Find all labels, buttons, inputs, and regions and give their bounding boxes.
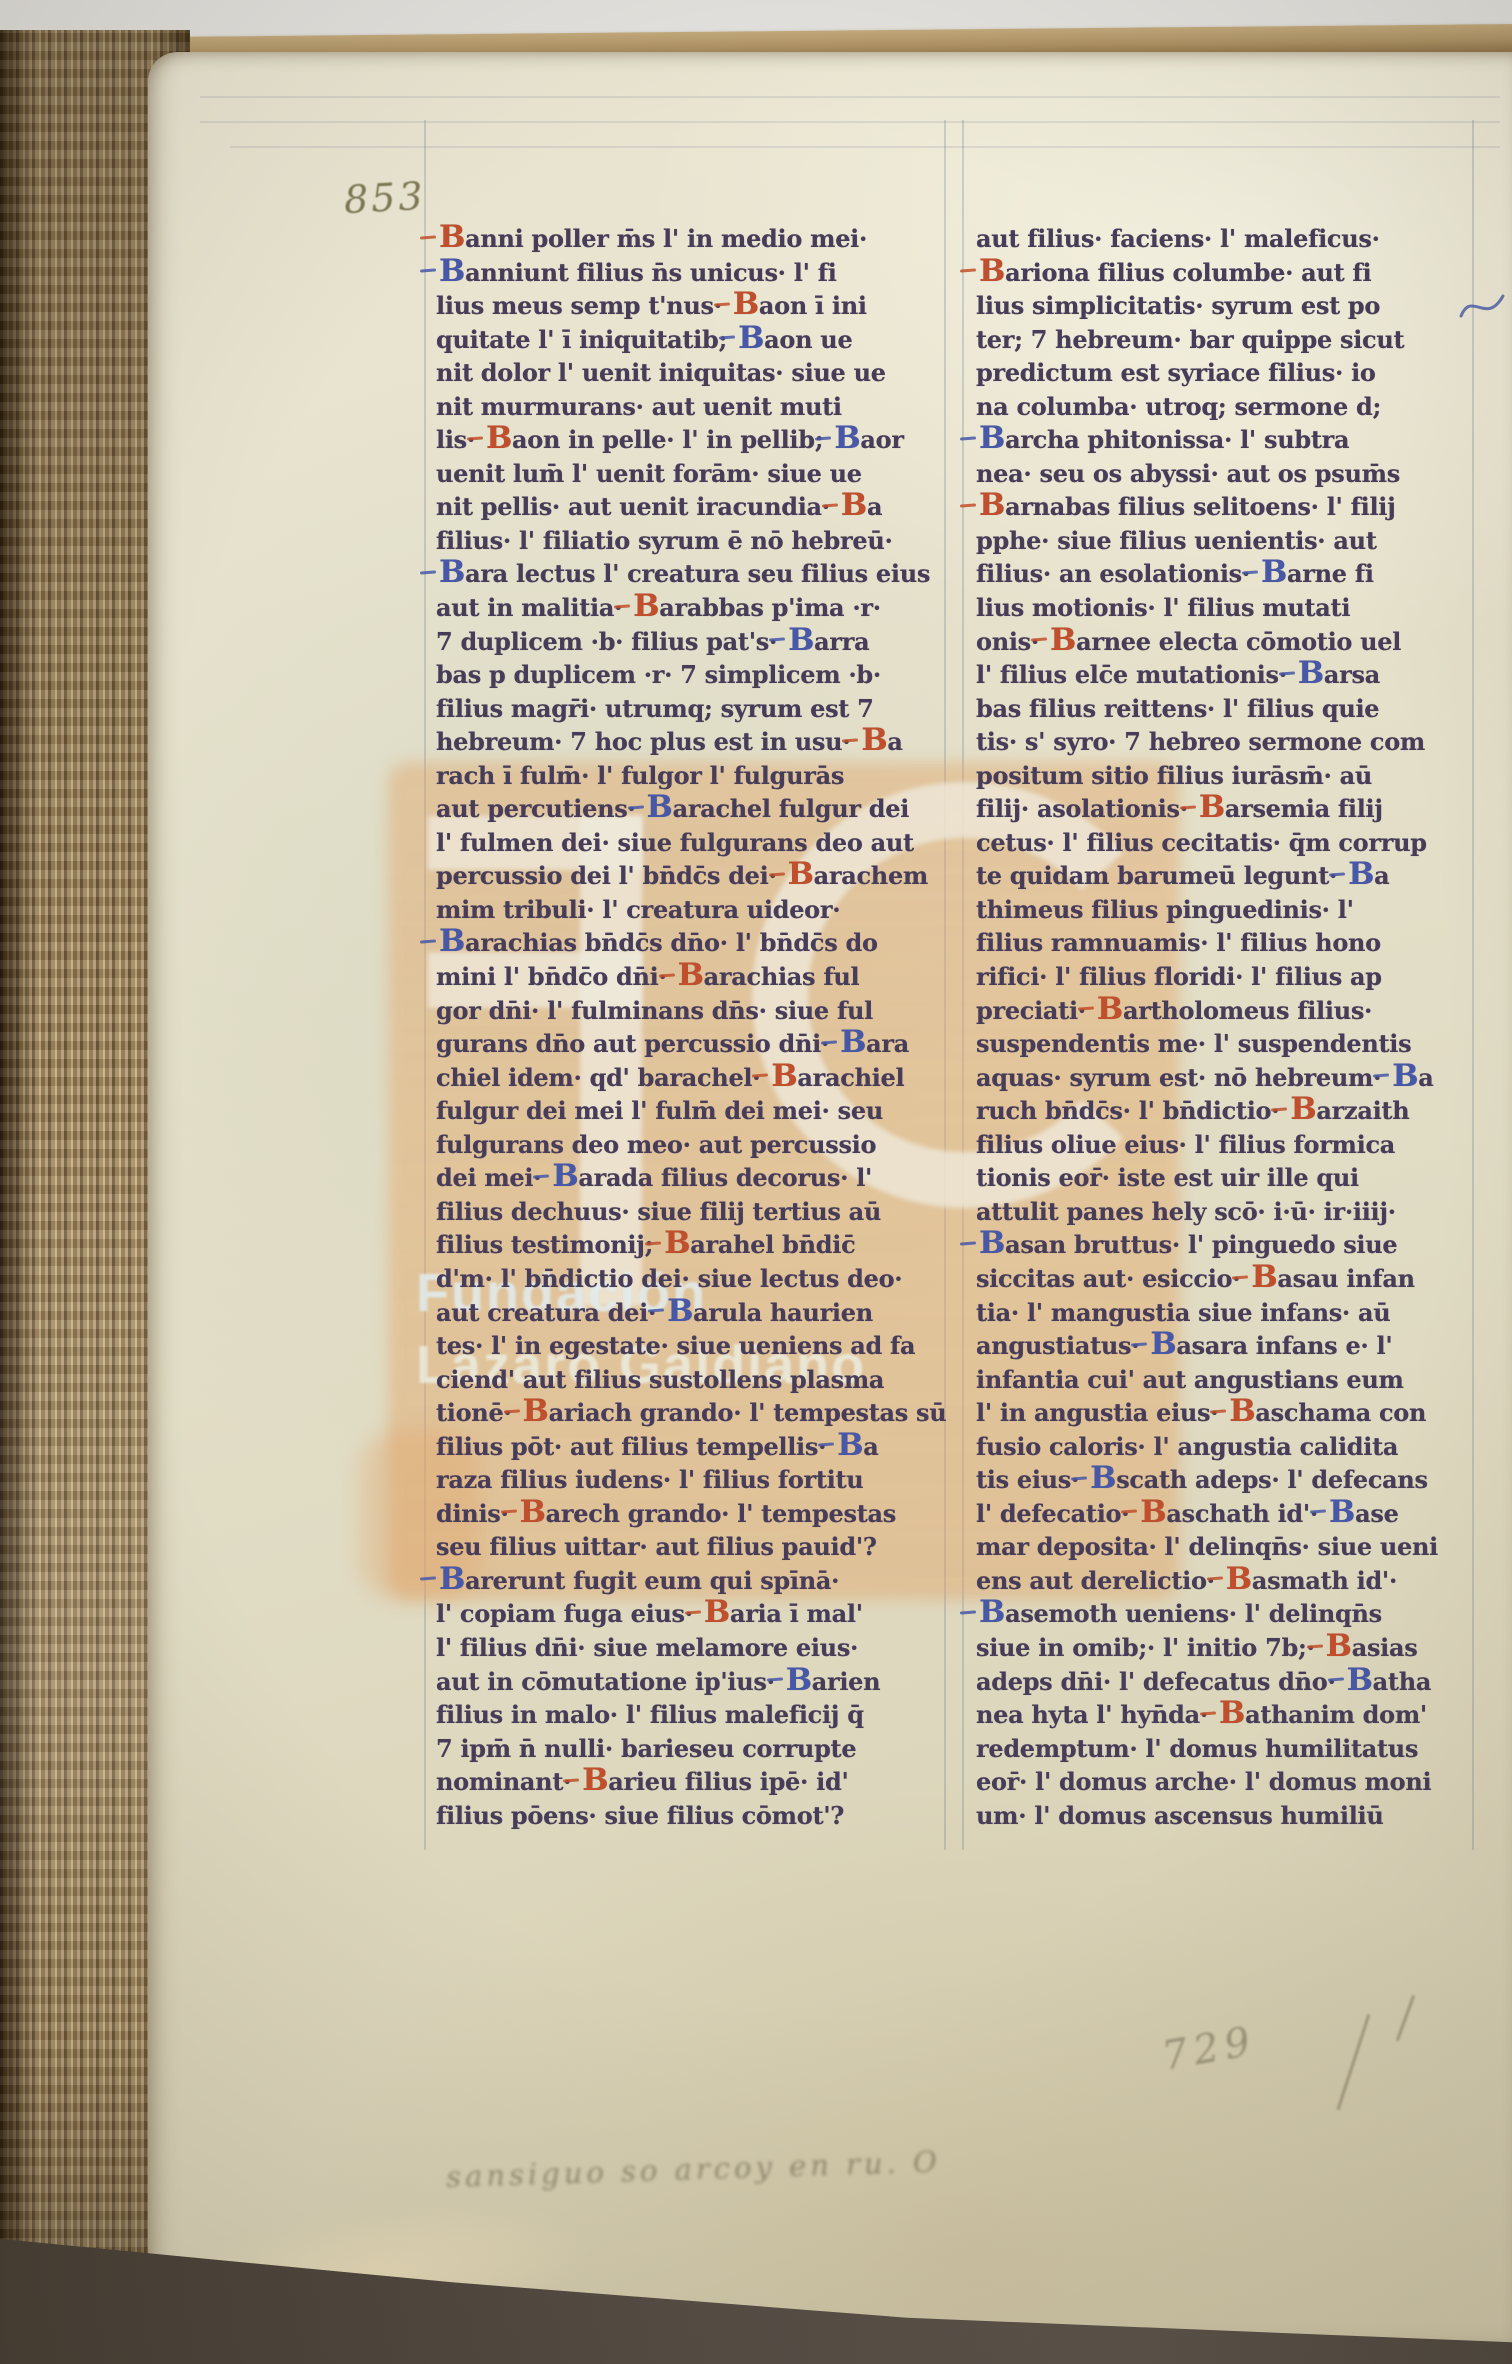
manuscript-line: onis· Barnee electa cōmotio uel xyxy=(976,625,1472,659)
manuscript-line: preciati· Bartholomeus filius· xyxy=(976,994,1472,1028)
manuscript-line: gor dn̄i· l' fulminans dn̄s· siue ful xyxy=(436,994,958,1028)
colored-initial: B xyxy=(630,588,659,624)
colored-initial: B xyxy=(834,1427,863,1463)
manuscript-line: l' copiam fuga eius· Baria ī mal' xyxy=(436,1597,958,1631)
manuscript-line: tionē· Bariach grando· l' tempestas sū xyxy=(436,1396,958,1430)
margin-pen-flourish xyxy=(1458,284,1506,330)
ruling-line-h xyxy=(230,146,1500,148)
manuscript-line: Bara lectus l' creatura seu filius eius xyxy=(436,557,958,591)
manuscript-line: infantia cui' aut angustians eum xyxy=(976,1363,1472,1397)
colored-initial: B xyxy=(976,253,1005,289)
colored-initial: B xyxy=(1216,1695,1245,1731)
manuscript-line: lis· Baon in pelle· l' in pellib; Baor xyxy=(436,423,958,457)
manuscript-line: uenit lum̄ l' uenit forām· siue ue xyxy=(436,457,958,491)
manuscript-line: Banniunt filius n̄s unicus· l' fi xyxy=(436,256,958,290)
manuscript-line: filius· an esolationis· Barne fi xyxy=(976,557,1472,591)
colored-initial: B xyxy=(664,1293,693,1329)
colored-initial: B xyxy=(976,1594,1005,1630)
manuscript-line: nit murmurans· aut uenit muti xyxy=(436,390,958,424)
manuscript-line: fusio caloris· l' angustia calidita xyxy=(976,1430,1472,1464)
manuscript-line: filius· l' filiatio syrum ē nō hebreū· xyxy=(436,524,958,558)
manuscript-line: tia· l' mangustia siue infans· aū xyxy=(976,1296,1472,1330)
manuscript-line: quitate l' ī iniquitatib; Baon ue xyxy=(436,323,958,357)
manuscript-line: 7 ipm̄ n̄ nulli· barieseu corrupte xyxy=(436,1732,958,1766)
manuscript-line: aut percutiens· Barachel fulgur dei xyxy=(436,792,958,826)
manuscript-line: bas p duplicem ·r· 7 simplicem ·b· xyxy=(436,658,958,692)
manuscript-line: mini l' bn̄dc̄o dn̄i· Barachias ful xyxy=(436,960,958,994)
manuscript-line: l' filius dn̄i· siue melamore eius· xyxy=(436,1631,958,1665)
colored-initial: B xyxy=(976,420,1005,456)
manuscript-line: rifici· l' filius floridi· l' filius ap xyxy=(976,960,1472,994)
manuscript-line: eor̄· l' domus arche· l' domus moni xyxy=(976,1765,1472,1799)
manuscript-line: attulit panes hely scō· i·ū· ir·iiij· xyxy=(976,1195,1472,1229)
manuscript-line: l' in angustia eius· Baschama con xyxy=(976,1396,1472,1430)
manuscript-line: lius simplicitatis· syrum est po xyxy=(976,289,1472,323)
manuscript-line: mim tribuli· l' creatura uideor· xyxy=(436,893,958,927)
colored-initial: B xyxy=(661,1225,690,1261)
colored-initial: B xyxy=(838,487,867,523)
colored-initial: B xyxy=(436,219,465,255)
manuscript-line: aut in cōmutatione ip'ius· Barien xyxy=(436,1665,958,1699)
colored-initial: B xyxy=(785,856,814,892)
colored-initial: B xyxy=(483,420,512,456)
colored-initial: B xyxy=(436,923,465,959)
text-column-left: Banni poller m̄s l' in medio mei·Banniun… xyxy=(436,222,958,1832)
colored-initial: B xyxy=(549,1158,578,1194)
manuscript-line: ruch bn̄dc̄s· l' bn̄dictio· Barzaith xyxy=(976,1094,1472,1128)
manuscript-line: um· l' domus ascensus humiliū xyxy=(976,1799,1472,1833)
manuscript-line: siccitas aut· esiccio· Basau infan xyxy=(976,1262,1472,1296)
manuscript-line: adeps dn̄i· l' defecatus dn̄o· Batha xyxy=(976,1665,1472,1699)
colored-initial: B xyxy=(1258,554,1287,590)
manuscript-line: Basan bruttus· l' pinguedo siue xyxy=(976,1228,1472,1262)
colored-initial: B xyxy=(858,722,887,758)
manuscript-line: pphe· siue filius uenientis· aut xyxy=(976,524,1472,558)
page-number: 853 xyxy=(343,174,427,222)
manuscript-line: fulgurans deo meo· aut percussio xyxy=(436,1128,958,1162)
colored-initial: B xyxy=(675,957,704,993)
manuscript-photo: Fundación Lázaro Galdiano 853 Banni poll… xyxy=(0,0,1512,2364)
colored-initial: B xyxy=(1248,1259,1277,1295)
colored-initial: B xyxy=(1047,622,1076,658)
colored-initial: B xyxy=(1287,1091,1316,1127)
colored-initial: B xyxy=(730,286,759,322)
colored-initial: B xyxy=(436,554,465,590)
manuscript-line: filius pōt· aut filius tempellis· Ba xyxy=(436,1430,958,1464)
manuscript-line: aquas· syrum est· nō hebreum· Ba xyxy=(976,1061,1472,1095)
manuscript-line: hebreum· 7 hoc plus est in usu· Ba xyxy=(436,725,958,759)
manuscript-line: nea hyta l' hyn̄da· Bathanim dom' xyxy=(976,1698,1472,1732)
manuscript-line: nominant· Barieu filius ipē· id' xyxy=(436,1765,958,1799)
colored-initial: B xyxy=(1196,789,1225,825)
colored-initial: B xyxy=(735,320,764,356)
manuscript-line: filius testimonij; Barahel bn̄dic̄ xyxy=(436,1228,958,1262)
manuscript-line: ter; 7 hebreum· bar quippe sicut xyxy=(976,323,1472,357)
manuscript-line: Barnabas filius selitoens· l' filij xyxy=(976,490,1472,524)
colored-initial: B xyxy=(436,1561,465,1597)
manuscript-line: filius dechuus· siue filij tertius aū xyxy=(436,1195,958,1229)
manuscript-line: ens aut derelictio· Basmath id'· xyxy=(976,1564,1472,1598)
manuscript-line: Banni poller m̄s l' in medio mei· xyxy=(436,222,958,256)
manuscript-line: nea· seu os abyssi· aut os psum̄s xyxy=(976,457,1472,491)
colored-initial: B xyxy=(520,1393,549,1429)
manuscript-line: seu filius uittar· aut filius pauid'? xyxy=(436,1530,958,1564)
manuscript-line: filij· asolationis· Barsemia filij xyxy=(976,792,1472,826)
manuscript-line: rach ī fulm̄· l' fulgor l' fulgurās xyxy=(436,759,958,793)
colored-initial: B xyxy=(1326,1494,1355,1530)
manuscript-line: gurans dn̄o aut percussio dn̄i· Bara xyxy=(436,1027,958,1061)
manuscript-line: percussio dei l' bn̄dc̄s dei· Barachem xyxy=(436,859,958,893)
ruling-line-h xyxy=(200,96,1500,98)
manuscript-line: aut filius· faciens· l' maleficus· xyxy=(976,222,1472,256)
colored-initial: B xyxy=(1323,1628,1352,1664)
colored-initial: B xyxy=(1226,1393,1255,1429)
manuscript-line: nit dolor l' uenit iniquitas· siue ue xyxy=(436,356,958,390)
manuscript-line: l' defecatio· Baschath id'· Base xyxy=(976,1497,1472,1531)
manuscript-line: siue in omib;· l' initio 7b;· Basias xyxy=(976,1631,1472,1665)
manuscript-line: nit pellis· aut uenit iracundia· Ba xyxy=(436,490,958,524)
colored-initial: B xyxy=(1137,1494,1166,1530)
manuscript-line: tes· l' in egestate· siue ueniens ad fa xyxy=(436,1329,958,1363)
manuscript-line: bas filius reittens· l' filius quie xyxy=(976,692,1472,726)
manuscript-line: lius motionis· l' filius mutati xyxy=(976,591,1472,625)
manuscript-line: tis eius· Bscath adeps· l' defecans xyxy=(976,1463,1472,1497)
manuscript-line: filius in malo· l' filius maleficij q̄ xyxy=(436,1698,958,1732)
manuscript-line: Barcha phitonissa· l' subtra xyxy=(976,423,1472,457)
manuscript-line: te quidam barumeū legunt· Ba xyxy=(976,859,1472,893)
manuscript-line: l' filius elc̄e mutationis· Barsa xyxy=(976,658,1472,692)
manuscript-line: Bariona filius columbe· aut fi xyxy=(976,256,1472,290)
colored-initial: B xyxy=(436,253,465,289)
manuscript-line: positum sitio filius iurāsm̄· aū xyxy=(976,759,1472,793)
manuscript-line: dei mei· Barada filius decorus· l' xyxy=(436,1161,958,1195)
ruling-line-v xyxy=(1472,120,1474,1850)
colored-initial: B xyxy=(976,1225,1005,1261)
colored-initial: B xyxy=(783,1662,812,1698)
manuscript-line: lius meus semp t'nus· Baon ī ini xyxy=(436,289,958,323)
manuscript-line: filius oliue eius· l' filius formica xyxy=(976,1128,1472,1162)
manuscript-line: Barerunt fugit eum qui spīnā· xyxy=(436,1564,958,1598)
manuscript-line: fulgur dei mei l' fulm̄ dei mei· seu xyxy=(436,1094,958,1128)
manuscript-line: angustiatus· Basara infans e· l' xyxy=(976,1329,1472,1363)
manuscript-line: Barachias bn̄dc̄s dn̄o· l' bn̄dc̄s do xyxy=(436,926,958,960)
manuscript-line: chiel idem· qd' barachel· Barachiel xyxy=(436,1061,958,1095)
colored-initial: B xyxy=(644,789,673,825)
manuscript-line: d'm· l' bn̄dictio dei· siue lectus deo· xyxy=(436,1262,958,1296)
colored-initial: B xyxy=(1295,655,1324,691)
manuscript-line: filius pōens· siue filius cōmot'? xyxy=(436,1799,958,1833)
ruling-line-h xyxy=(200,121,1500,123)
colored-initial: B xyxy=(976,487,1005,523)
manuscript-line: mar deposita· l' delinqn̄s· siue ueni xyxy=(976,1530,1472,1564)
manuscript-line: thimeus filius pinguedinis· l' xyxy=(976,893,1472,927)
colored-initial: B xyxy=(768,1058,797,1094)
colored-initial: B xyxy=(517,1494,546,1530)
manuscript-line: predictum est syriace filius· io xyxy=(976,356,1472,390)
colored-initial: B xyxy=(579,1762,608,1798)
manuscript-line: aut in malitia· Barabbas p'ima ·r· xyxy=(436,591,958,625)
text-column-right: aut filius· faciens· l' maleficus·Barion… xyxy=(976,222,1472,1832)
colored-initial: B xyxy=(837,1024,866,1060)
colored-initial: B xyxy=(1094,991,1123,1027)
manuscript-line: na columba· utroq; sermone d; xyxy=(976,390,1472,424)
colored-initial: B xyxy=(831,420,860,456)
colored-initial: B xyxy=(785,622,814,658)
colored-initial: B xyxy=(1345,856,1374,892)
manuscript-line: filius ramnuamis· l' filius hono xyxy=(976,926,1472,960)
colored-initial: B xyxy=(1087,1460,1116,1496)
manuscript-line: 7 duplicem ·b· filius pat's· Barra xyxy=(436,625,958,659)
manuscript-line: suspendentis me· l' suspendentis xyxy=(976,1027,1472,1061)
colored-initial: B xyxy=(1147,1326,1176,1362)
colored-initial: B xyxy=(1389,1058,1418,1094)
manuscript-line: tis· s' syro· 7 hebreo sermone com xyxy=(976,725,1472,759)
manuscript-line: cetus· l' filius cecitatis· q̄m corrup xyxy=(976,826,1472,860)
manuscript-line: dinis· Barech grando· l' tempestas xyxy=(436,1497,958,1531)
manuscript-line: filius magr̄i· utrumq; syrum est 7 xyxy=(436,692,958,726)
colored-initial: B xyxy=(1223,1561,1252,1597)
manuscript-line: ciend' aut filius sustollens plasma xyxy=(436,1363,958,1397)
manuscript-line: raza filius iudens· l' filius fortitu xyxy=(436,1463,958,1497)
colored-initial: B xyxy=(701,1594,730,1630)
manuscript-line: l' fulmen dei· siue fulgurans deo aut xyxy=(436,826,958,860)
manuscript-line: Basemoth ueniens· l' delinqn̄s xyxy=(976,1597,1472,1631)
colored-initial: B xyxy=(1344,1662,1373,1698)
manuscript-line: tionis eor̄· iste est uir ille qui xyxy=(976,1161,1472,1195)
manuscript-line: aut creatura dei· Barula haurien xyxy=(436,1296,958,1330)
manuscript-line: redemptum· l' domus humilitatus xyxy=(976,1732,1472,1766)
